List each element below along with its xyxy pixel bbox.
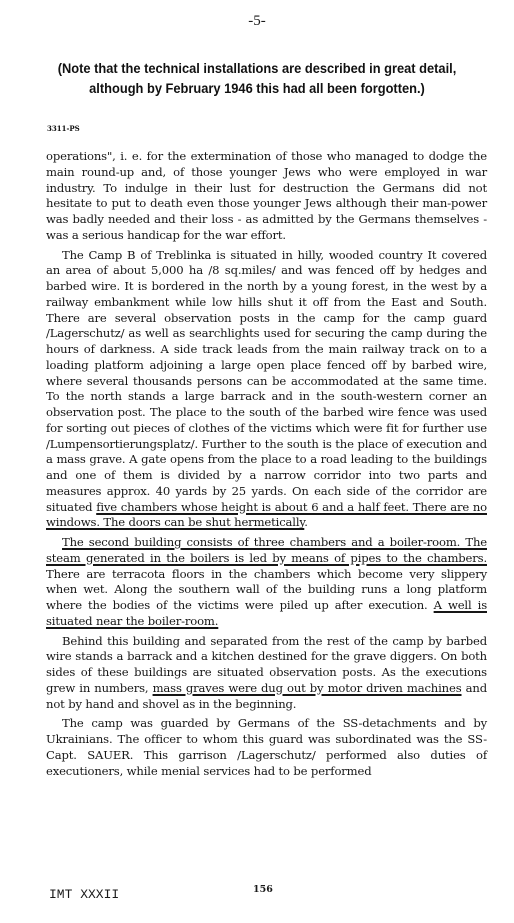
paragraph: Behind this building and separated from …	[46, 634, 487, 713]
editorial-note: (Note that the technical installations a…	[49, 59, 466, 99]
underlined-passage: five chambers whose height is about 6 an…	[46, 500, 487, 530]
underlined-passage: The second building consists of three ch…	[46, 535, 487, 565]
text-run: There are terracota floors in the chambe…	[46, 567, 487, 613]
body-text: operations", i. e. for the extermination…	[46, 149, 487, 783]
paragraph: The second building consists of three ch…	[46, 535, 487, 630]
text-run: The camp was guarded by Germans of the S…	[46, 716, 487, 777]
underlined-passage: mass graves were dug out by motor driven…	[153, 681, 462, 695]
footer-page-number: 156	[253, 884, 273, 895]
page-number: -5-	[0, 13, 514, 30]
paragraph: The camp was guarded by Germans of the S…	[46, 716, 487, 779]
text-run: The Camp B of Treblinka is situated in h…	[46, 248, 487, 514]
footer-series: IMT XXXII	[49, 887, 119, 902]
text-run: operations", i. e. for the extermination…	[46, 149, 487, 242]
document-id: 3311-PS	[47, 124, 80, 133]
paragraph: operations", i. e. for the extermination…	[46, 149, 487, 244]
paragraph: The Camp B of Treblinka is situated in h…	[46, 248, 487, 532]
text-run: .	[304, 515, 308, 529]
